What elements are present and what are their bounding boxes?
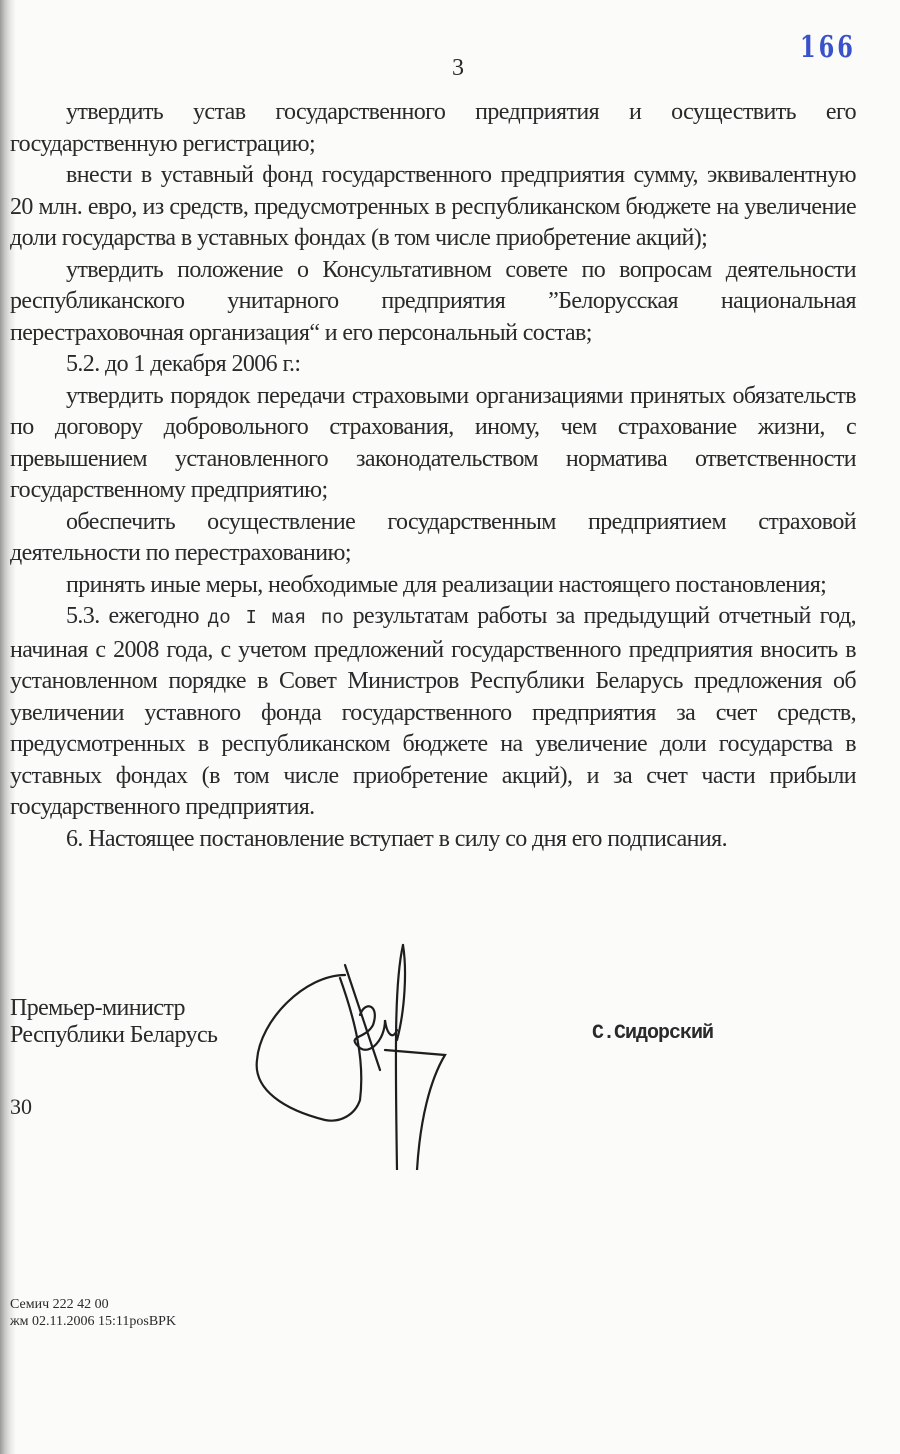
paragraph-other-measures: принять иные меры, необходимые для реали… <box>10 570 856 602</box>
footer-author-phone: Семич 222 42 00 <box>10 1296 176 1313</box>
document-footer: Семич 222 42 00 жм 02.11.2006 15:11posBP… <box>10 1296 176 1330</box>
paragraph-advisory-council: утвердить положение о Консультативном со… <box>10 255 856 350</box>
paragraph-transfer-procedure: утвердить порядок передачи страховыми ор… <box>10 381 856 507</box>
copies-count: 30 <box>10 1094 32 1120</box>
clause-5-3-text: результатам работы за предыдущий отчетны… <box>10 603 856 820</box>
paragraph-reinsurance-activity: обеспечить осуществление государственным… <box>10 507 856 570</box>
paragraph-clause-5-3: 5.3. ежегодно до I мая по результатам ра… <box>10 601 856 824</box>
clause-5-3-typed-insert: до I мая по <box>208 607 344 629</box>
page-number: 3 <box>452 55 464 82</box>
signatory-title-line2: Республики Беларусь <box>10 1022 217 1049</box>
document-body: утвердить устав государственного предпри… <box>10 97 856 855</box>
signatory-name: С.Сидорский <box>592 1022 713 1045</box>
paragraph-contribute-fund: внести в уставный фонд государственного … <box>10 160 856 255</box>
archive-stamp-number: 166 <box>800 30 856 65</box>
paragraph-clause-5-2: 5.2. до 1 декабря 2006 г.: <box>10 349 856 381</box>
signatory-title: Премьер-министр Республики Беларусь <box>10 995 217 1049</box>
signatory-title-line1: Премьер-министр <box>10 995 217 1022</box>
handwritten-signature <box>245 940 475 1170</box>
clause-5-3-prefix: 5.3. ежегодно <box>66 603 208 629</box>
paragraph-clause-6: 6. Настоящее постановление вступает в си… <box>10 824 856 856</box>
footer-timestamp: жм 02.11.2006 15:11posBPK <box>10 1313 176 1330</box>
paragraph-approve-charter: утвердить устав государственного предпри… <box>10 97 856 160</box>
